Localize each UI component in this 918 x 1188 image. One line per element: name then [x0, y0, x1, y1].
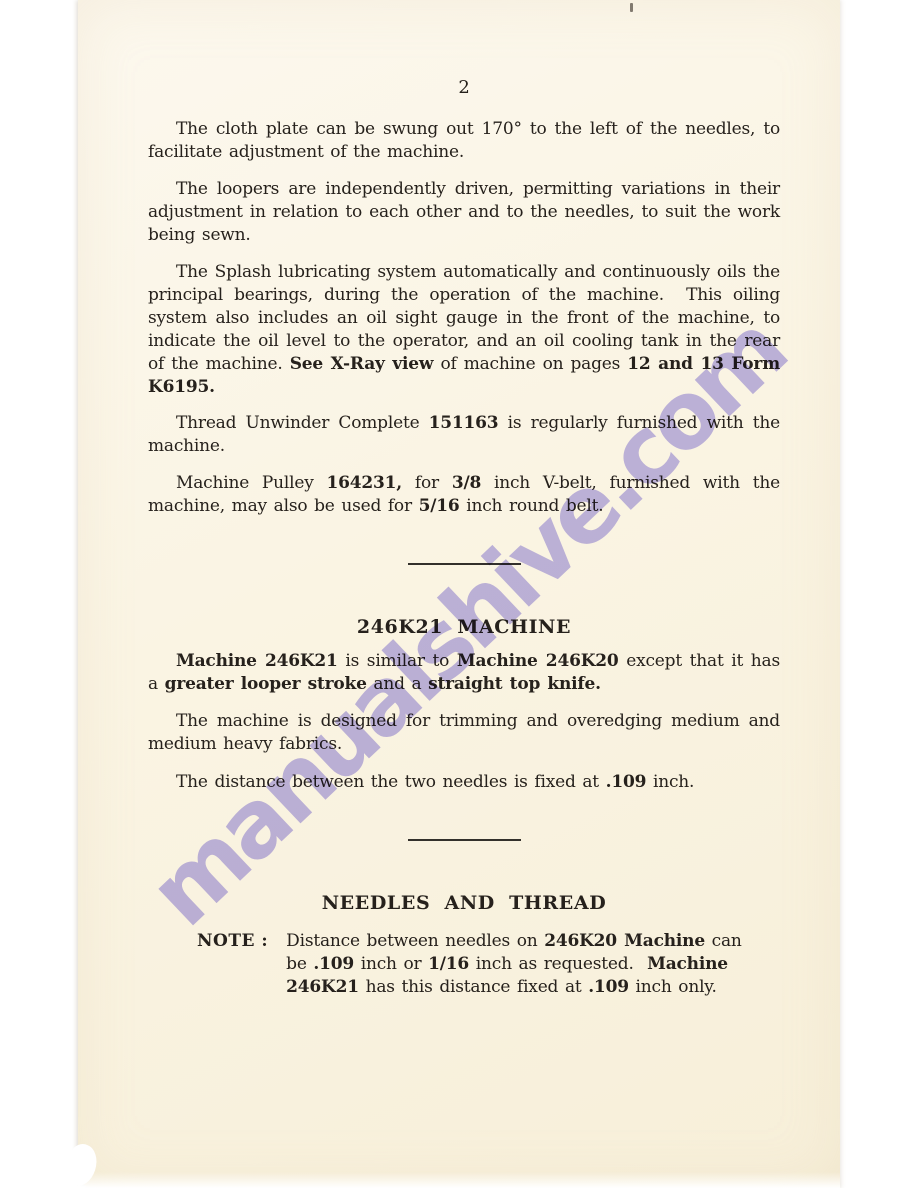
section-divider [408, 839, 521, 841]
paragraph-thread-unwinder: Thread Unwinder Complete 151163 is regul… [148, 412, 780, 458]
note-block: NOTE : Distance between needles on 246K2… [197, 930, 780, 999]
paragraph-machine-similarity: Machine 246K21 is similar to Machine 246… [148, 650, 780, 696]
machine-section-title: 246K21 MACHINE [148, 615, 780, 639]
scanned-manual-screenshot: 2 The cloth plate can be swung out 170° … [0, 0, 918, 1188]
paragraph-cloth-plate: The cloth plate can be swung out 170° to… [148, 118, 780, 164]
needles-section-title: NEEDLES AND THREAD [148, 891, 780, 915]
page-content: 2 The cloth plate can be swung out 170° … [78, 76, 840, 999]
paragraph-lubrication: The Splash lubricating system automatica… [148, 261, 780, 399]
paragraph-machine-purpose: The machine is designed for trimming and… [148, 710, 780, 756]
scan-speck [630, 3, 633, 12]
page-corner-tear [60, 1140, 102, 1188]
note-label: NOTE : [197, 930, 268, 953]
page-number: 2 [148, 76, 780, 99]
paragraph-needle-distance: The distance between the two needles is … [148, 771, 780, 794]
paragraph-loopers: The loopers are independently driven, pe… [148, 178, 780, 247]
document-page: 2 The cloth plate can be swung out 170° … [78, 0, 840, 1188]
note-text: Distance between needles on 246K20 Machi… [286, 930, 748, 999]
paragraph-machine-pulley: Machine Pulley 164231, for 3/8 inch V-be… [148, 472, 780, 518]
section-divider [408, 563, 521, 565]
